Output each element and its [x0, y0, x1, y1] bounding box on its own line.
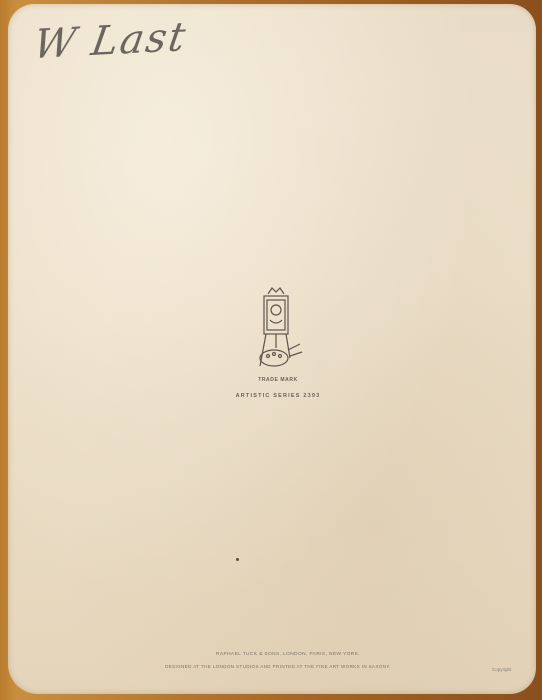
easel-palette-trademark-icon	[246, 286, 306, 378]
copyright-label: Copyright	[492, 667, 511, 672]
printer-line: DESIGNED AT THE LONDON STUDIOS AND PRINT…	[68, 664, 488, 669]
postcard-back: W Last TRADE MARK ARTISTIC SERIES 2393 R…	[8, 4, 536, 694]
ink-speck	[236, 558, 239, 561]
publisher-line: RAPHAEL TUCK & SONS, LONDON, PARIS, NEW …	[128, 652, 448, 657]
handwritten-name: W Last	[30, 14, 190, 68]
trademark-label: TRADE MARK	[208, 377, 348, 383]
series-label: ARTISTIC SERIES 2393	[198, 393, 358, 399]
